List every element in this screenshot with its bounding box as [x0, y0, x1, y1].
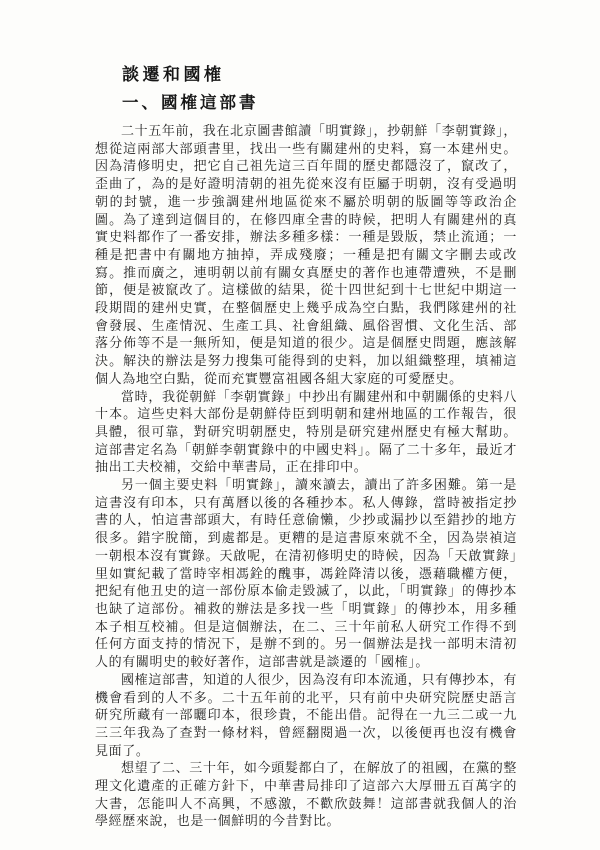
paragraph-3: 另一個主要史料「明實錄」，讀來讀去，讀出了許多困難。第一是這書沒有印本，只有萬曆…: [95, 476, 517, 671]
page-title: 談遷和國榷: [122, 62, 517, 88]
paragraph-2: 當時，我從朝鮮「李朝實錄」中抄出有關建州和中朝關係的史料八十本。這些史料大部份是…: [95, 388, 517, 477]
section-heading: 一、國榷這部書: [122, 90, 517, 116]
paragraph-1: 二十五年前，我在北京圖書館讀「明實錄」，抄朝鮮「李朝實錄」，想從這兩部大部頭書里…: [95, 122, 517, 388]
paragraph-5: 想望了二、三十年，如今頭髮都白了，在解放了的祖國，在黨的整理文化遺產的正確方針下…: [95, 759, 517, 830]
paragraph-4: 國榷這部書，知道的人很少，因為沒有印本流通，只有傳抄本，有機會看到的人不多。二十…: [95, 671, 517, 760]
document-page: 談遷和國榷 一、國榷這部書 二十五年前，我在北京圖書館讀「明實錄」，抄朝鮮「李朝…: [0, 0, 600, 850]
text-block: 談遷和國榷 一、國榷這部書 二十五年前，我在北京圖書館讀「明實錄」，抄朝鮮「李朝…: [95, 62, 517, 830]
